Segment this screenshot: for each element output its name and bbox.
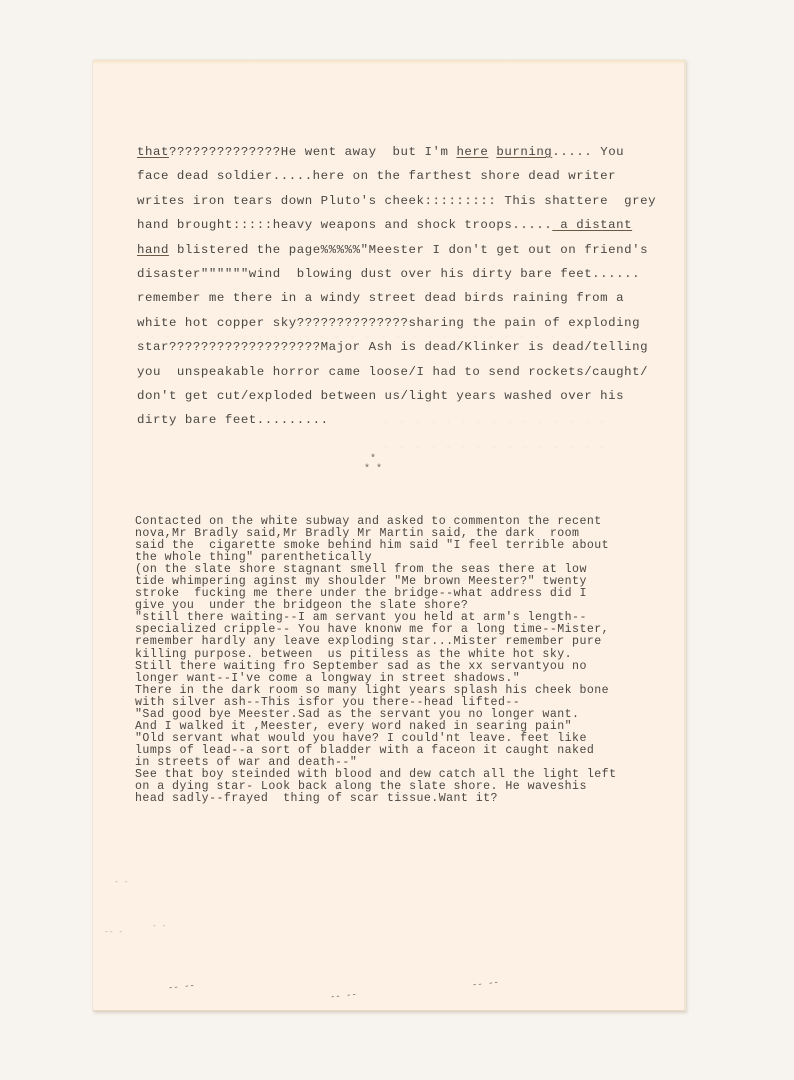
asterism-bottom: * *	[353, 465, 393, 475]
text-segment: ??????????????He went away but I'm	[169, 145, 456, 159]
text-section-verse: that??????????????He went away but I'm h…	[137, 140, 617, 433]
text-line: that??????????????He went away but I'm h…	[137, 140, 617, 164]
text-segment: white hot copper sky??????????????sharin…	[137, 316, 640, 330]
bleed-through-text: - - - - - - - - - - - - - - -	[383, 440, 606, 454]
text-line: you unspeakable horror came loose/I had …	[137, 360, 617, 384]
underlined-text: hand	[137, 243, 169, 257]
asterism-divider: * * *	[353, 455, 393, 485]
text-segment: writes iron tears down Pluto's cheek::::…	[137, 194, 656, 208]
margin-mark: - -	[114, 878, 128, 887]
text-segment: blistered the page%%%%%"Meester I don't …	[169, 243, 648, 257]
text-line: white hot copper sky??????????????sharin…	[137, 311, 617, 335]
text-line: writes iron tears down Pluto's cheek::::…	[137, 189, 617, 213]
text-segment: remember me there in a windy street dead…	[137, 291, 624, 305]
text-line: hand blistered the page%%%%%"Meester I d…	[137, 238, 617, 262]
text-line: Still there waiting fro September sad as…	[135, 661, 635, 673]
text-line: There in the dark room so many light yea…	[135, 685, 635, 697]
underlined-text: burning	[496, 145, 552, 159]
text-line: killing purpose. between us pitiless as …	[135, 649, 635, 661]
text-line: "Sad good bye Meester.Sad as the servant…	[135, 709, 635, 721]
text-segment: dirty bare feet.........	[137, 413, 329, 427]
text-line: longer want--I've come a longway in stre…	[135, 673, 635, 685]
text-segment: face dead soldier.....here on the farthe…	[137, 169, 616, 183]
text-line: face dead soldier.....here on the farthe…	[137, 164, 617, 188]
text-segment: disaster""""""wind blowing dust over his…	[137, 267, 640, 281]
text-line: don't get cut/exploded between us/light …	[137, 384, 617, 408]
margin-mark: - -	[152, 922, 166, 931]
text-line: hand brought:::::heavy weapons and shock…	[137, 213, 617, 237]
underlined-text: that	[137, 145, 169, 159]
text-line: dirty bare feet.........	[137, 408, 617, 432]
text-segment: star???????????????????Major Ash is dead…	[137, 340, 648, 354]
underlined-text: here	[456, 145, 488, 159]
text-segment: ..... You	[552, 145, 624, 159]
margin-mark: -- -	[104, 928, 123, 937]
text-segment: you unspeakable horror came loose/I had …	[137, 365, 648, 379]
text-line: star???????????????????Major Ash is dead…	[137, 335, 617, 359]
text-line: remember me there in a windy street dead…	[137, 286, 617, 310]
text-line: with silver ash--This isfor you there--h…	[135, 697, 635, 709]
text-section-prose: Contacted on the white subway and asked …	[135, 516, 635, 805]
text-line: head sadly--frayed thing of scar tissue.…	[135, 793, 635, 805]
text-segment: hand brought:::::heavy weapons and shock…	[137, 218, 552, 232]
underlined-text: a distant	[552, 218, 632, 232]
text-line: disaster""""""wind blowing dust over his…	[137, 262, 617, 286]
text-line: remember hardly any leave exploding star…	[135, 636, 635, 648]
text-segment: don't get cut/exploded between us/light …	[137, 389, 624, 403]
